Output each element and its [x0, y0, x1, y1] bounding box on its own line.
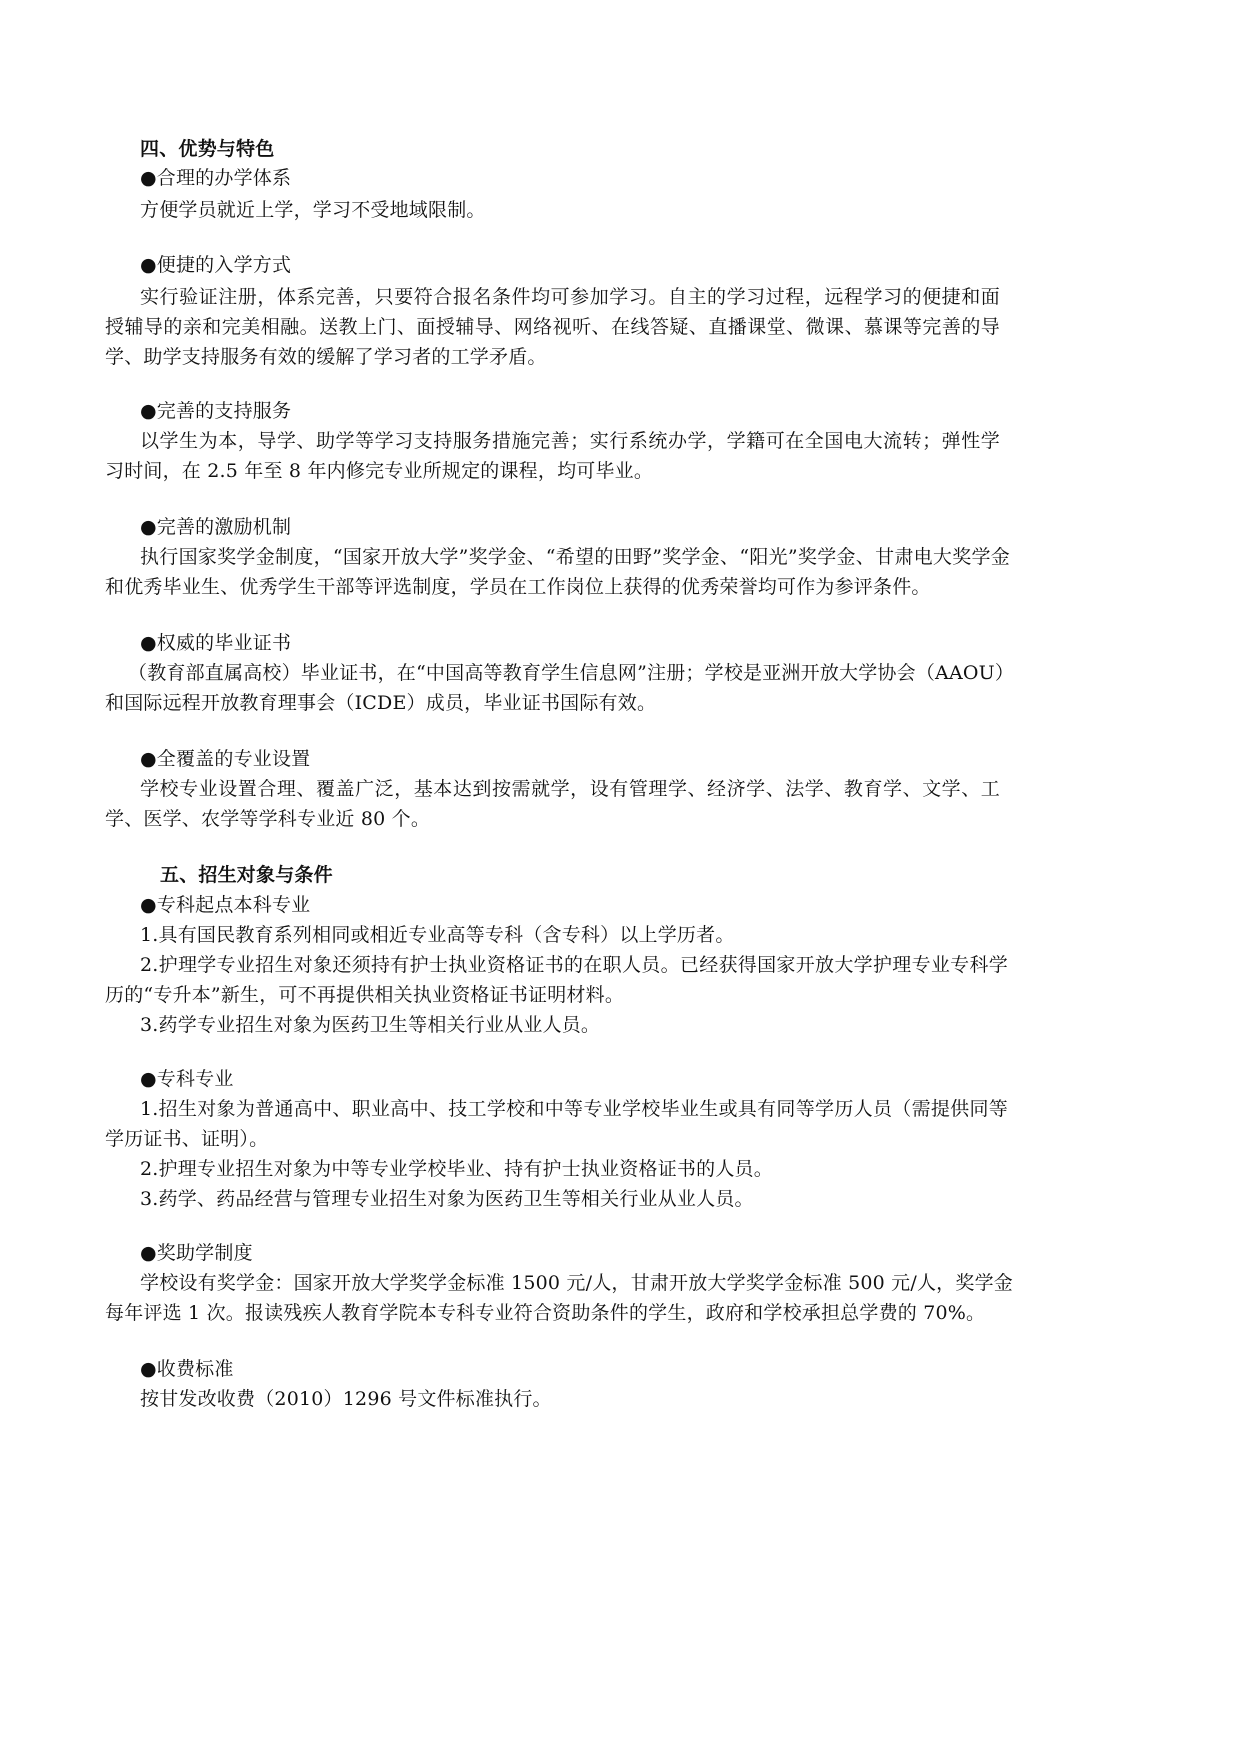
paragraph-line: 习时间，在 2.5 年至 8 年内修完专业所规定的课程，均可毕业。 — [105, 458, 653, 484]
paragraph-line: 学、医学、农学等学科专业近 80 个。 — [105, 806, 430, 832]
item-title-support-service: ●完善的支持服务 — [140, 398, 291, 424]
item-title-scholarship: ●奖助学制度 — [140, 1240, 253, 1266]
section-heading-advantages: 四、优势与特色 — [140, 136, 274, 162]
paragraph-line: 1.招生对象为普通高中、职业高中、技工学校和中等专业学校毕业生或具有同等学历人员… — [140, 1096, 1008, 1122]
paragraph-line: 学校设有奖学金：国家开放大学奖学金标准 1500 元/人，甘肃开放大学奖学金标准… — [140, 1270, 1000, 1296]
paragraph-line: 3.药学、药品经营与管理专业招生对象为医药卫生等相关行业从业人员。 — [140, 1186, 754, 1212]
paragraph-line: 每年评选 1 次。报读残疾人教育学院本专科专业符合资助条件的学生，政府和学校承担… — [105, 1300, 985, 1326]
paragraph-line: 和优秀毕业生、优秀学生干部等评选制度，学员在工作岗位上获得的优秀荣誉均可作为参评… — [105, 574, 931, 600]
section-heading-admission: 五、招生对象与条件 — [160, 862, 333, 888]
item-title-enrollment: ●便捷的入学方式 — [140, 252, 291, 278]
paragraph-line: （教育部直属高校）毕业证书，在“中国高等教育学生信息网”注册；学校是亚洲开放大学… — [128, 660, 1008, 686]
paragraph-line: 学校专业设置合理、覆盖广泛，基本达到按需就学，设有管理学、经济学、法学、教育学、… — [140, 776, 1000, 802]
item-title-incentive: ●完善的激励机制 — [140, 514, 291, 540]
item-title-majors: ●全覆盖的专业设置 — [140, 746, 310, 772]
paragraph-line: 执行国家奖学金制度，“国家开放大学”奖学金、“希望的田野”奖学金、“阳光”奖学金… — [140, 544, 1010, 570]
paragraph-line: 学、助学支持服务有效的缓解了学习者的工学矛盾。 — [105, 344, 547, 370]
paragraph-line: 3.药学专业招生对象为医药卫生等相关行业从业人员。 — [140, 1012, 600, 1038]
paragraph-line: 实行验证注册，体系完善，只要符合报名条件均可参加学习。自主的学习过程，远程学习的… — [140, 284, 1000, 310]
item-title-school-system: ●合理的办学体系 — [140, 165, 291, 191]
document-page: 四、优势与特色 ●合理的办学体系 方便学员就近上学，学习不受地域限制。 ●便捷的… — [0, 0, 1240, 1754]
paragraph-line: 以学生为本，导学、助学等学习支持服务措施完善；实行系统办学，学籍可在全国电大流转… — [140, 428, 1000, 454]
item-title-upgrade-bachelor: ●专科起点本科专业 — [140, 892, 310, 918]
paragraph-line: 和国际远程开放教育理事会（ICDE）成员，毕业证书国际有效。 — [105, 690, 656, 716]
paragraph-line: 学历证书、证明）。 — [105, 1126, 268, 1152]
paragraph-line: 按甘发改收费（2010）1296 号文件标准执行。 — [140, 1386, 552, 1412]
paragraph-line: 2.护理专业招生对象为中等专业学校毕业、持有护士执业资格证书的人员。 — [140, 1156, 773, 1182]
paragraph-line: 2.护理学专业招生对象还须持有护士执业资格证书的在职人员。已经获得国家开放大学护… — [140, 952, 1008, 978]
item-title-fees: ●收费标准 — [140, 1356, 234, 1382]
paragraph-line: 方便学员就近上学，学习不受地域限制。 — [140, 197, 486, 223]
item-title-diploma: ●权威的毕业证书 — [140, 630, 291, 656]
item-title-associate: ●专科专业 — [140, 1066, 234, 1092]
paragraph-line: 历的“专升本”新生，可不再提供相关执业资格证书证明材料。 — [105, 982, 624, 1008]
paragraph-line: 1.具有国民教育系列相同或相近专业高等专科（含专科）以上学历者。 — [140, 922, 735, 948]
paragraph-line: 授辅导的亲和完美相融。送教上门、面授辅导、网络视听、在线答疑、直播课堂、微课、慕… — [105, 314, 1000, 340]
